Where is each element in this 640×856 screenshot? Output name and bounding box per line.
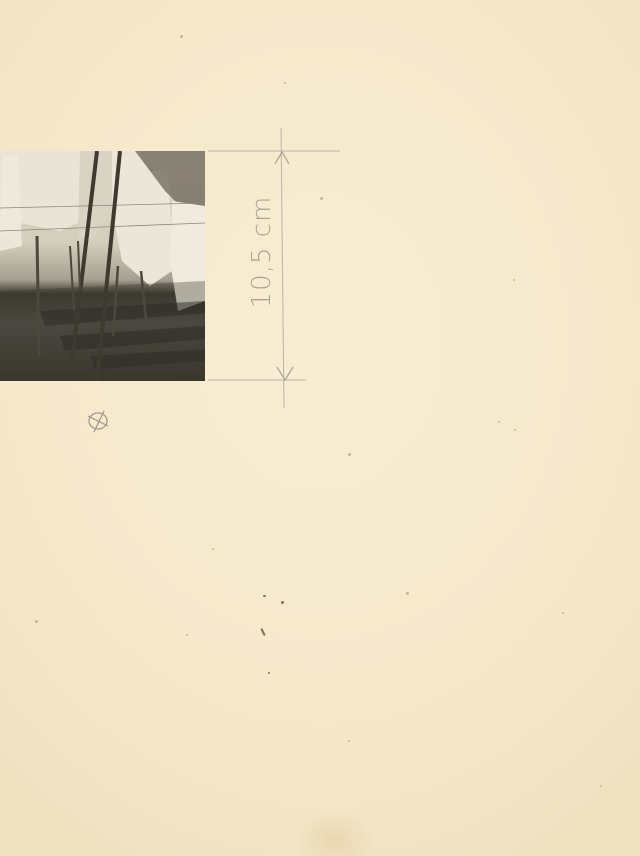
- measurement-label: 10,5 cm: [247, 196, 277, 309]
- registration-mark-icon: [84, 408, 112, 434]
